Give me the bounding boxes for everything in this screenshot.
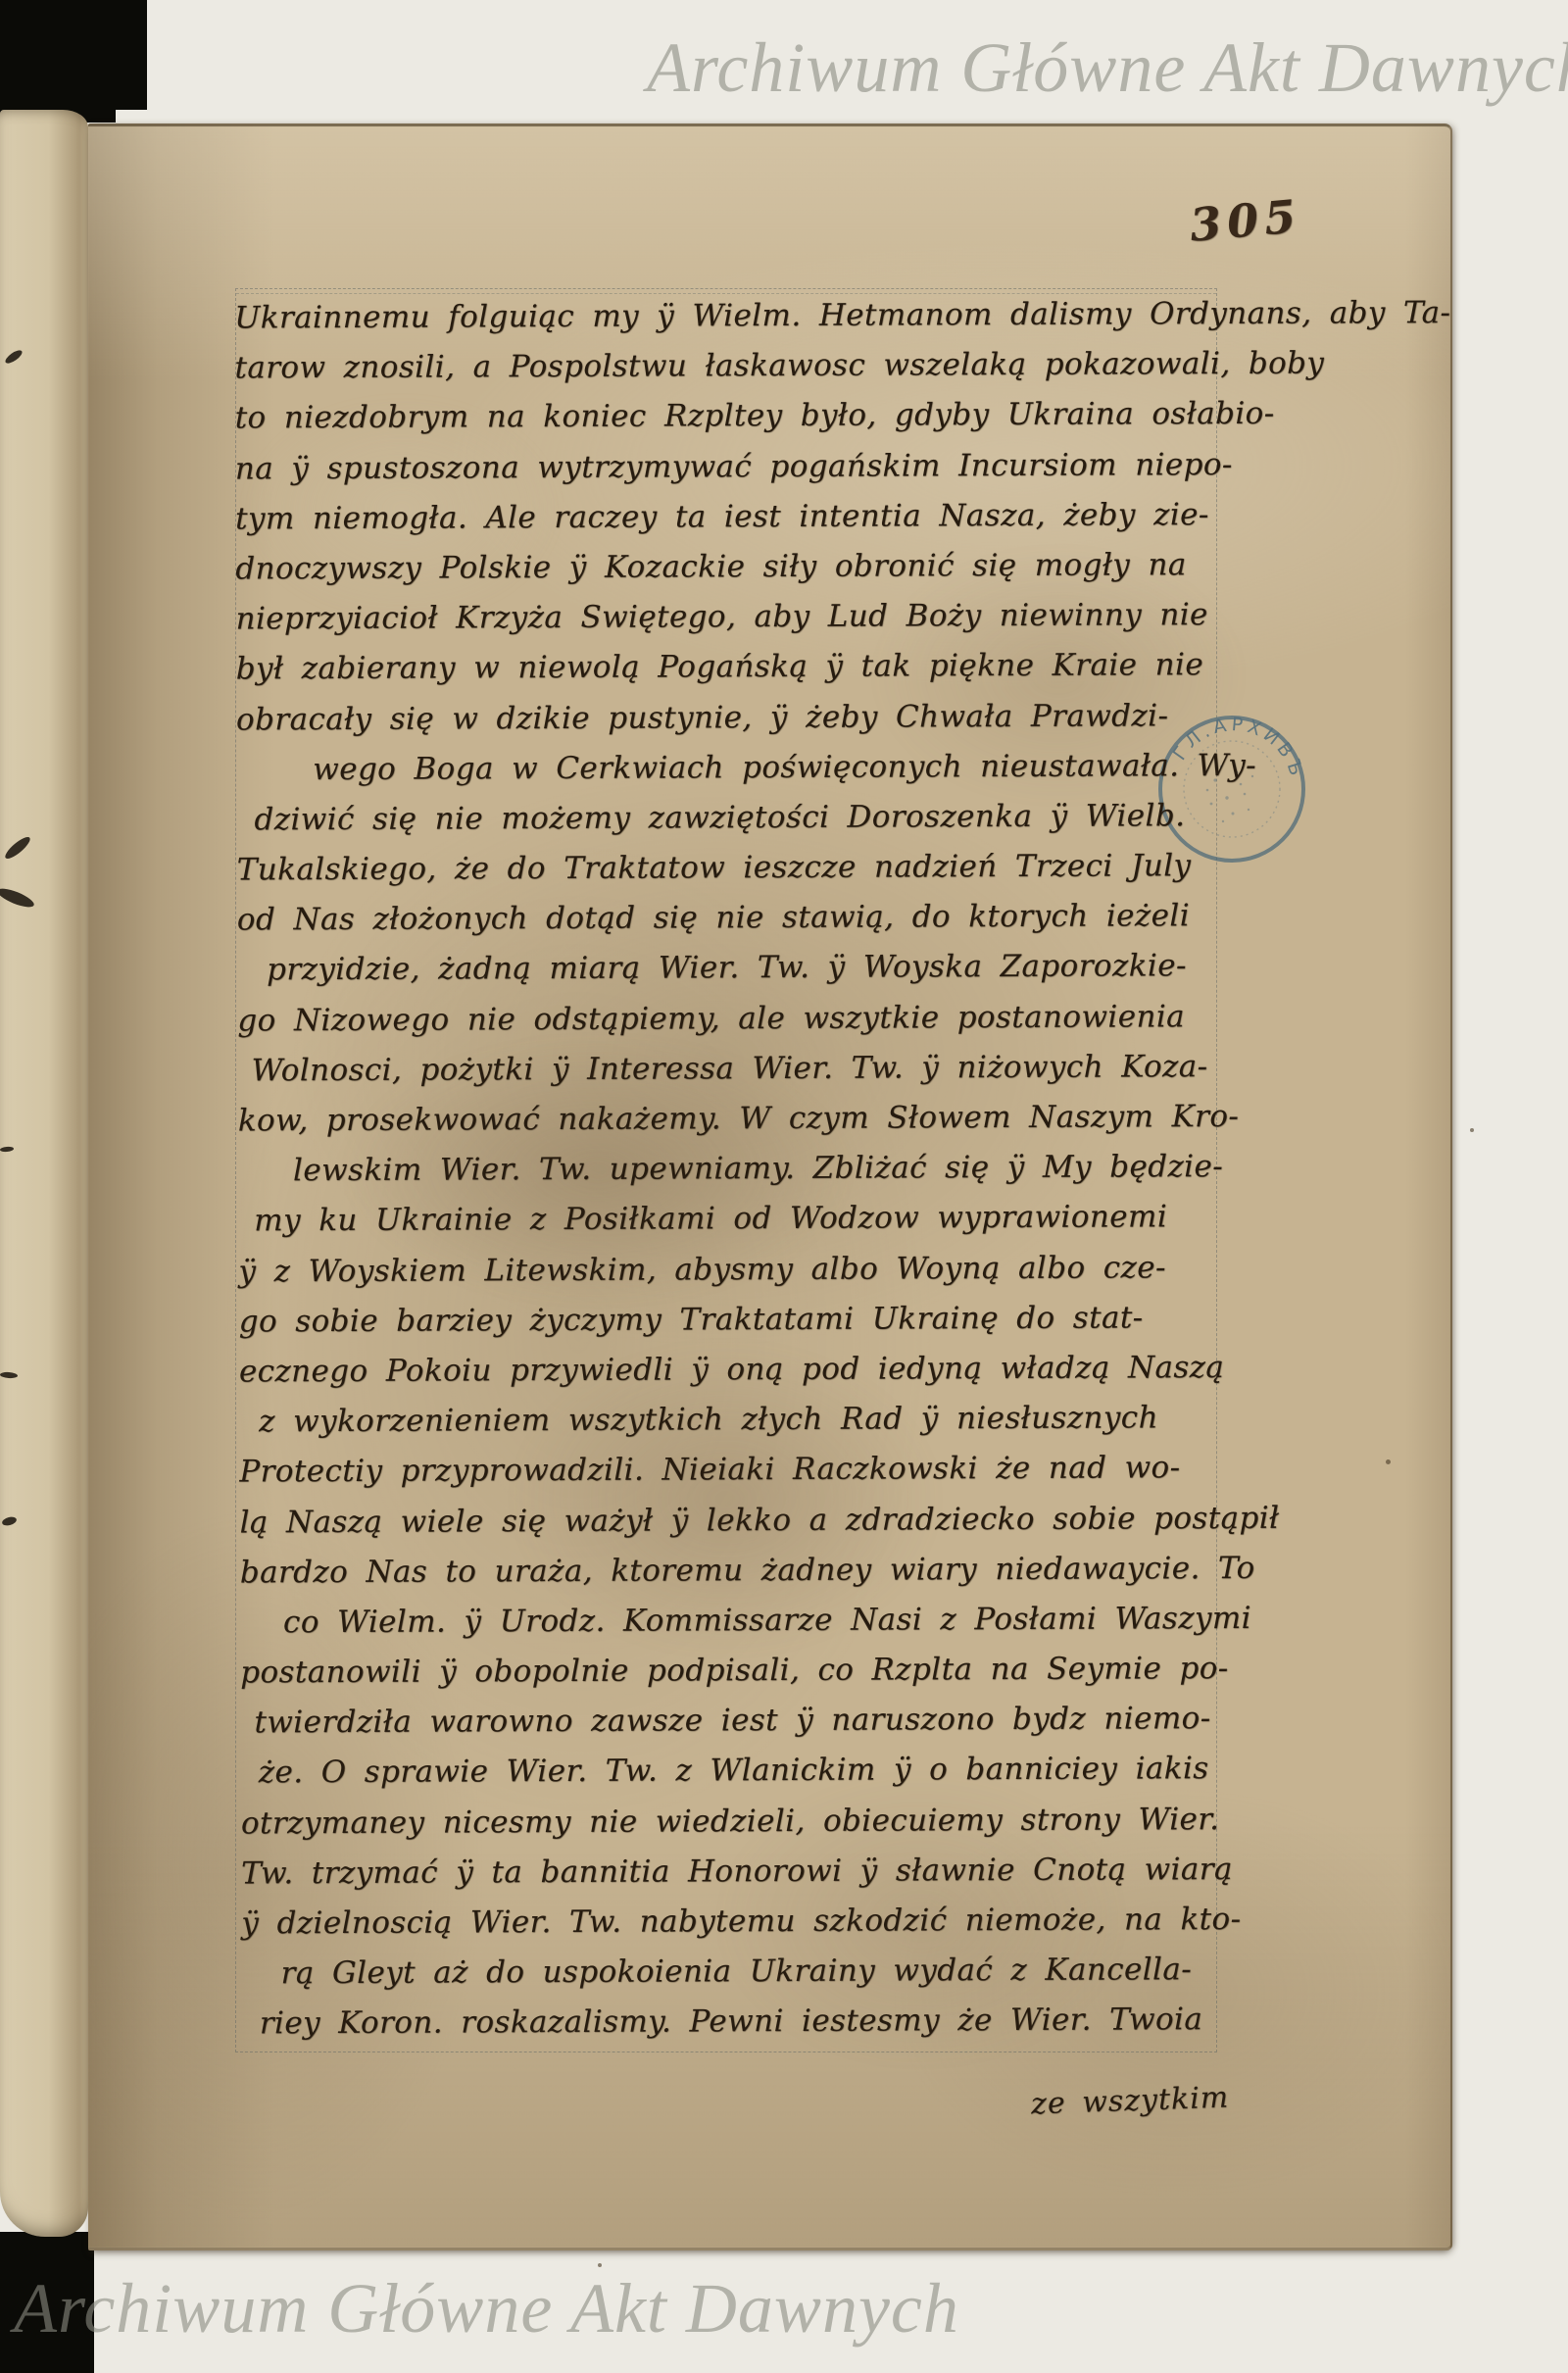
ink-bleed-mark bbox=[0, 1146, 14, 1152]
catchword: ze wszytkim bbox=[1030, 2080, 1229, 2121]
manuscript-line: na ÿ spustoszona wytrzymywać pogańskim I… bbox=[235, 439, 1343, 494]
folio-number: 305 bbox=[1188, 189, 1303, 252]
manuscript-line: Wolnosci, pożytki ÿ Interessa Wier. Tw. … bbox=[237, 1041, 1345, 1096]
manuscript-line: lewskim Wier. Tw. upewniamy. Zbliżać się… bbox=[238, 1142, 1346, 1197]
manuscript-line: kow, prosekwować nakażemy. W czym Słowem… bbox=[238, 1092, 1346, 1147]
previous-page-edge bbox=[0, 110, 88, 2237]
manuscript-line: lą Naszą wiele się ważył ÿ lekko a zdrad… bbox=[239, 1493, 1347, 1548]
manuscript-line: tym niemogła. Ale raczey ta iest intenti… bbox=[235, 489, 1343, 544]
manuscript-text: Ukrainnemu folguiąc my ÿ Wielm. Hetmanom… bbox=[234, 289, 1349, 2050]
manuscript-scan: 305 ГЛ.АРХИВЪ Ukrainnemu folguiąc my ÿ W… bbox=[0, 0, 1568, 2373]
manuscript-line: riey Koron. roskazalismy. Pewni iestesmy… bbox=[242, 1995, 1349, 2050]
manuscript-line: dnoczywszy Polskie ÿ Kozackie siły obron… bbox=[235, 539, 1343, 594]
watermark-top: Archiwum Główne Akt Dawnych bbox=[647, 27, 1568, 109]
scanner-backdrop-bottom-left bbox=[0, 2232, 94, 2373]
manuscript-line: z wykorzenieniem wszytkich złych Rad ÿ n… bbox=[239, 1393, 1347, 1448]
manuscript-line: był zabierany w niewolą Pogańską ÿ tak p… bbox=[236, 640, 1344, 695]
scanner-backdrop-top-left bbox=[0, 0, 116, 123]
manuscript-line: co Wielm. ÿ Urodz. Kommissarze Nasi z Po… bbox=[240, 1593, 1347, 1648]
watermark-bottom: Archiwum Główne Akt Dawnych bbox=[14, 2268, 959, 2349]
paper-speck bbox=[1470, 1128, 1474, 1132]
manuscript-line: nieprzyiacioł Krzyża Swiętego, aby Lud B… bbox=[235, 590, 1343, 645]
manuscript-line: ÿ dzielnoscią Wier. Tw. nabytemu szkodzi… bbox=[241, 1895, 1348, 1950]
manuscript-line: Tw. trzymać ÿ ta bannitia Honorowi ÿ sła… bbox=[241, 1844, 1348, 1899]
manuscript-line: postanowili ÿ obopolnie podpisali, co Rz… bbox=[240, 1644, 1347, 1699]
manuscript-line: rą Gleyt aż do uspokoienia Ukrainy wydać… bbox=[241, 1945, 1348, 2000]
manuscript-line: Tukalskiego, że do Traktatow ieszcze nad… bbox=[237, 841, 1345, 896]
ink-bleed-mark bbox=[0, 885, 36, 911]
manuscript-line: Protectiy przyprowadzili. Nieiaki Raczko… bbox=[239, 1443, 1347, 1498]
manuscript-line: że. O sprawie Wier. Tw. z Wlanickim ÿ o … bbox=[241, 1744, 1348, 1799]
paper-speck bbox=[1386, 1459, 1391, 1464]
manuscript-line: twierdziła warowno zawsze iest ÿ naruszo… bbox=[240, 1694, 1347, 1749]
manuscript-line: tarow znosili, a Pospolstwu łaskawosc ws… bbox=[234, 339, 1342, 394]
manuscript-line: obracały się w dzikie pustynie, ÿ żeby C… bbox=[236, 690, 1344, 745]
manuscript-line: dziwić się nie możemy zawziętości Dorosz… bbox=[236, 790, 1344, 845]
manuscript-line: od Nas złożonych dotąd się nie stawią, d… bbox=[237, 891, 1345, 946]
ink-bleed-mark bbox=[4, 348, 24, 366]
manuscript-line: ÿ z Woyskiem Litewskim, abysmy albo Woyn… bbox=[238, 1242, 1346, 1297]
manuscript-line: wego Boga w Cerkwiach poświęconych nieus… bbox=[236, 740, 1344, 795]
manuscript-line: go Nizowego nie odstąpiemy, ale wszytkie… bbox=[237, 991, 1345, 1046]
paper-speck bbox=[598, 2263, 602, 2267]
manuscript-line: ecznego Pokoiu przywiedli ÿ oną pod iedy… bbox=[239, 1342, 1347, 1397]
manuscript-line: bardzo Nas to uraża, ktoremu żadney wiar… bbox=[240, 1543, 1347, 1598]
manuscript-line: przyidzie, żadną miarą Wier. Tw. ÿ Woysk… bbox=[237, 941, 1345, 996]
ink-bleed-mark bbox=[3, 834, 33, 862]
ink-bleed-mark bbox=[1, 1515, 18, 1527]
manuscript-line: otrzymaney nicesmy nie wiedzieli, obiecu… bbox=[241, 1794, 1348, 1849]
ink-bleed-mark bbox=[0, 1371, 18, 1378]
manuscript-line: Ukrainnemu folguiąc my ÿ Wielm. Hetmanom… bbox=[234, 289, 1342, 344]
manuscript-line: to niezdobrym na koniec Rzpltey było, gd… bbox=[235, 389, 1343, 444]
manuscript-line: go sobie barziey życzymy Traktatami Ukra… bbox=[239, 1292, 1347, 1347]
manuscript-line: my ku Ukrainie z Posiłkami od Wodzow wyp… bbox=[238, 1192, 1346, 1247]
